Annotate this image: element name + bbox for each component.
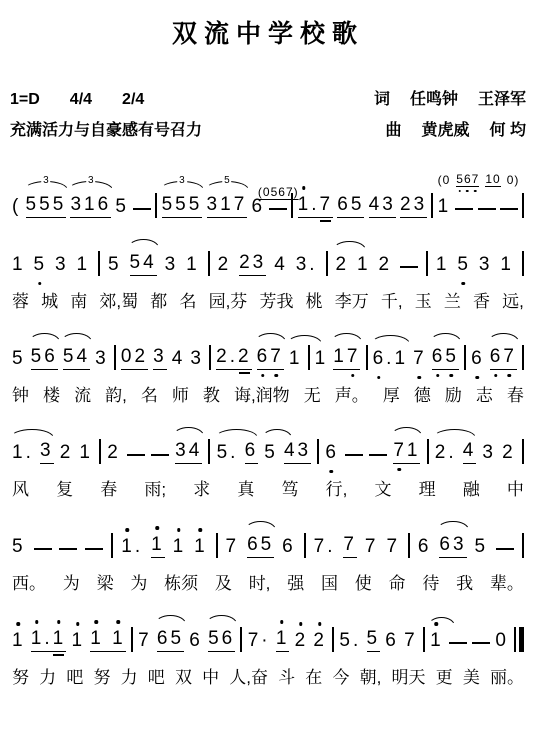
note-digits: 5 — [108, 253, 122, 276]
barline-mark — [304, 533, 306, 558]
lyric-syllable: 朝, — [360, 663, 382, 688]
octave-dot-above — [35, 620, 39, 624]
note-char: 1 — [12, 441, 26, 464]
note-char: 6 — [337, 193, 351, 216]
lyric-syllable: 志 — [476, 381, 493, 406]
note-char: 0 — [493, 172, 501, 186]
note: (0 — [438, 173, 451, 187]
note-char: 0 — [443, 173, 451, 187]
lyric-syllable: 笃 — [281, 475, 298, 500]
note-char: 4 — [76, 345, 90, 368]
barline — [291, 193, 293, 218]
note-char: 2 — [295, 629, 309, 652]
note: 1 — [12, 629, 26, 652]
note-char: 7 — [386, 535, 400, 558]
slur-arc — [173, 427, 204, 436]
barline — [326, 251, 328, 276]
duration-dash — [400, 266, 418, 268]
note-char: 3 — [253, 251, 267, 274]
duration-dash — [269, 208, 287, 210]
octave-dot-above — [299, 622, 303, 626]
note-digits: 2.2 — [216, 345, 251, 370]
note: 2 — [107, 441, 121, 464]
slur-arc — [430, 333, 461, 342]
note-digits: 6.1 — [373, 347, 408, 370]
final-barline — [514, 627, 524, 652]
note-char: 5 — [367, 627, 381, 650]
note-digits: 2. — [435, 441, 457, 464]
duration-dash — [455, 208, 473, 210]
note-digits: 7 — [138, 629, 152, 652]
note-char: 1 — [438, 195, 452, 218]
note-char: 3 — [95, 347, 109, 370]
note-digits: 1 — [79, 441, 93, 464]
octave-dot-above — [177, 528, 181, 532]
note-char: 2 — [216, 345, 230, 368]
note: ( — [12, 195, 21, 218]
song-title: 双流中学校歌 — [10, 0, 526, 50]
note-char: 3 — [165, 253, 179, 276]
dash-note — [449, 642, 467, 652]
lyric-syllable: 韵, — [105, 381, 127, 406]
barline-mark — [522, 345, 524, 370]
lyric-syllable: 都 — [150, 287, 167, 312]
note-char: 6 — [189, 629, 203, 652]
note-char: . — [309, 253, 317, 276]
note-digits: 5 — [457, 253, 471, 276]
note-digits: 3 — [55, 253, 69, 276]
lyric-syllable: 为 — [130, 569, 147, 594]
slur-arc — [371, 335, 410, 344]
octave-dot-below — [462, 282, 466, 286]
note: 23 — [400, 193, 427, 218]
note: 2 — [218, 253, 232, 276]
note: 54 — [130, 251, 157, 276]
note-char: 1 — [194, 535, 208, 558]
note-char: 5 — [261, 533, 275, 556]
note: 3 — [153, 345, 167, 370]
lyric-syllable: 园,芬 — [209, 287, 248, 312]
slur-arc — [245, 521, 276, 530]
note-char: 1 — [112, 627, 126, 650]
lyric-syllable: 教 — [203, 381, 220, 406]
note-digits: 3 — [165, 253, 179, 276]
note: 7 — [343, 533, 357, 558]
barline-mark — [131, 627, 133, 652]
note-char: 4 — [284, 439, 298, 462]
lyric-syllable: 兰 — [444, 287, 461, 312]
slur-arc — [488, 333, 519, 342]
note: 1 — [500, 253, 514, 276]
note: 65 — [337, 193, 364, 218]
octave-dot-below — [398, 468, 402, 472]
tuplet-number: 3 — [86, 176, 96, 186]
lyric-syllable: 蓉 — [12, 287, 29, 312]
note: 1 — [173, 535, 187, 558]
barline-mark — [408, 533, 410, 558]
note-char: . — [135, 535, 143, 558]
note-digits: 3163 — [70, 193, 111, 218]
note: 65 — [247, 533, 274, 558]
note-digits: 3. — [296, 253, 318, 276]
lyric-line: 努力吧努力吧双中人,奋斗在今朝,明天更美丽。 — [10, 663, 526, 688]
note: 7 — [413, 347, 427, 370]
lyric-line: 蓉城南郊,蜀都名园,芬芳我桃李万千,玉兰香远, — [10, 287, 526, 312]
barline — [308, 345, 310, 370]
lyric-syllable: 行, — [326, 475, 348, 500]
octave-dot-above — [116, 620, 120, 624]
note: 1 — [12, 253, 26, 276]
annotation: (0567100) — [438, 172, 520, 187]
lyric-syllable: 远, — [502, 287, 524, 312]
note-char: 5 — [108, 253, 122, 276]
note-digits: 10 — [485, 172, 500, 187]
note-char: 6 — [157, 627, 171, 650]
note-char: 1 — [289, 347, 303, 370]
note-char: 6 — [278, 185, 286, 199]
note-digits: 3 — [40, 439, 54, 464]
note-char: . — [448, 441, 456, 464]
note-char: 1 — [430, 629, 444, 652]
note-char: 2 — [400, 193, 414, 216]
duration-dash — [127, 454, 145, 456]
note-char: 1 — [436, 253, 450, 276]
note-digits: 2 — [502, 441, 516, 464]
note-char: · — [261, 629, 270, 652]
note-char: 6 — [471, 347, 485, 370]
note-digits: 7 — [413, 347, 427, 370]
lyric-syllable: 真 — [237, 475, 254, 500]
note-char: 6 — [432, 345, 446, 368]
note: 7 — [386, 535, 400, 558]
note: 17 — [333, 345, 360, 370]
slur-arc — [262, 429, 292, 438]
note-digits: 3 — [482, 441, 496, 464]
dash-note — [59, 548, 77, 558]
note: 567 — [456, 172, 479, 187]
note-digits: 6 — [282, 535, 296, 558]
note-char: 5 — [171, 627, 185, 650]
slur-arc — [10, 429, 54, 438]
duration-dash — [496, 548, 514, 550]
note-char: 5 — [12, 347, 26, 370]
note-char: 1 — [485, 172, 493, 186]
note-char: 7 — [138, 629, 152, 652]
note-char: 1 — [333, 345, 347, 368]
octave-dot-below — [450, 374, 454, 378]
note-char: 2 — [378, 253, 392, 276]
note-char: 5 — [475, 535, 489, 558]
barline — [209, 345, 211, 370]
note-char: . — [230, 441, 238, 464]
note: 1 — [79, 441, 93, 464]
note-char: 1 — [357, 253, 371, 276]
lyric-syllable: 郊,蜀 — [99, 287, 138, 312]
barline-mark — [431, 193, 433, 218]
note-char: 2 — [218, 253, 232, 276]
barline — [426, 251, 428, 276]
note-char: 5 — [208, 627, 222, 650]
note-char: 5 — [271, 185, 279, 199]
lyricist-name: 任鸣钟 — [410, 86, 458, 109]
lyric-syllable: 吧 — [66, 663, 83, 688]
note: 3 — [479, 253, 493, 276]
note-digits: 0) — [507, 173, 520, 187]
lyric-syllable: 在 — [305, 663, 322, 688]
note-digits: 6 — [245, 439, 259, 464]
note: 5 — [115, 195, 129, 218]
music-line-group: (555331635555331756(0567)1.76543231(0567… — [10, 184, 526, 218]
note-digits: 1.7 — [298, 193, 333, 218]
note: 5 — [457, 253, 471, 276]
note-digits: 67 — [257, 345, 284, 370]
barline-mark — [326, 251, 328, 276]
note-char: 2 — [107, 441, 121, 464]
lyric-syllable: 中 — [507, 475, 524, 500]
note-char: . — [386, 347, 394, 370]
note-char: 5 — [351, 193, 365, 216]
note-digits: 1 — [500, 253, 514, 276]
note: 6 — [471, 347, 485, 370]
note-char: 7 — [314, 535, 328, 558]
slur-arc — [287, 335, 322, 344]
note: 2.2 — [216, 345, 251, 370]
lyric-syllable: 声。 — [335, 381, 369, 406]
duration-dash — [478, 208, 496, 210]
sheet-music-page: 双流中学校歌 1=D 4/4 2/4 词 任鸣钟 王泽军 充满活力与自豪感有号召… — [0, 0, 536, 688]
duration-dash — [59, 548, 77, 550]
note-char: 7 — [226, 535, 240, 558]
note-digits: 2 — [313, 629, 327, 652]
lyricist-label: 词 — [374, 86, 390, 109]
note-char: 7 — [320, 193, 334, 216]
barline-mark — [216, 533, 218, 558]
note: 02 — [121, 345, 148, 370]
time-signature-1: 4/4 — [70, 91, 92, 109]
note-digits: 2 — [107, 441, 121, 464]
octave-dot-above — [280, 620, 284, 624]
mood-text: 充满活力与自豪感有号召力 — [10, 117, 202, 140]
note-char: 0 — [263, 185, 271, 199]
note-digits: 2 — [218, 253, 232, 276]
note-char: 3 — [40, 439, 54, 462]
note-char: 5 — [39, 193, 53, 216]
octave-dot-below — [466, 190, 469, 193]
note-char: 5 — [189, 193, 203, 216]
lyric-syllable: 融 — [463, 475, 480, 500]
note-char: 1 — [151, 533, 165, 556]
note-char: 5 — [175, 193, 189, 216]
slur-arc — [437, 521, 468, 530]
note-digits: 0 — [495, 629, 509, 652]
slur-arc — [428, 617, 455, 626]
note-char: 1 — [298, 193, 312, 216]
note: 2 — [335, 253, 349, 276]
barline — [464, 345, 466, 370]
note: 1.1 — [31, 627, 66, 652]
note-char: 0 — [495, 629, 509, 652]
note-digits: 1 — [357, 253, 371, 276]
note-char: 4 — [369, 193, 383, 216]
note-char: 7 — [248, 629, 262, 652]
barline-mark — [114, 345, 116, 370]
lyric-syllable: 栋须 — [164, 569, 198, 594]
note: 3 — [165, 253, 179, 276]
note-digits: 7 — [226, 535, 240, 558]
note: 1 — [357, 253, 371, 276]
note-char: 4 — [143, 251, 157, 274]
note: 5 — [367, 627, 381, 652]
note-digits: 3 — [153, 345, 167, 370]
dash-note — [400, 266, 418, 276]
dash-note — [345, 454, 363, 464]
double-underline — [320, 220, 331, 222]
score: (555331635555331756(0567)1.76543231(0567… — [10, 184, 526, 688]
note: 67 — [490, 345, 517, 370]
note-char: 5 — [31, 345, 45, 368]
lyric-syllable: 美 — [463, 663, 480, 688]
note-char: 7 — [404, 629, 418, 652]
note-digits: 54 — [130, 251, 157, 276]
note-digits: 6 — [325, 441, 339, 464]
lyric-syllable: 为 — [63, 569, 80, 594]
octave-dot-below — [261, 374, 265, 378]
note: 63 — [439, 533, 466, 558]
note: 3 — [95, 347, 109, 370]
octave-dot-above — [155, 526, 159, 530]
note-digits: 4 — [463, 439, 477, 464]
octave-dot-above — [318, 622, 322, 626]
note-char: 5 — [115, 195, 129, 218]
lyric-syllable: 流 — [74, 381, 91, 406]
note-digits: 17 — [333, 345, 360, 370]
slur-arc — [215, 429, 259, 438]
slur-arc — [61, 333, 92, 342]
composer-name: 黄虎威 — [422, 117, 470, 140]
duration-dash — [472, 642, 490, 644]
note-digits: 5 — [367, 627, 381, 652]
dash-note — [500, 208, 518, 218]
dash-note — [85, 548, 103, 558]
barline-mark — [240, 627, 242, 652]
note: 5553 — [26, 193, 67, 218]
note: 1 — [186, 253, 200, 276]
note-digits: 1 — [315, 347, 329, 370]
note-char: 6 — [247, 533, 261, 556]
note-digits: 1. — [121, 535, 143, 558]
note-char: 6 — [464, 172, 472, 186]
lyric-syllable: 更 — [436, 663, 453, 688]
note: 6 — [245, 439, 259, 464]
note-char: 3 — [207, 193, 221, 216]
note-char: 4 — [189, 439, 203, 462]
note: 6 — [282, 535, 296, 558]
octave-dot-below — [38, 282, 42, 286]
note-char: 2 — [239, 251, 253, 274]
note-char: 5 — [456, 172, 464, 186]
note-digits: 2 — [60, 441, 74, 464]
note-char: 0 — [121, 345, 135, 368]
lyric-syllable: 诲,润物 — [234, 381, 290, 406]
note-char: 1 — [79, 441, 93, 464]
barline — [111, 533, 113, 558]
octave-dot-below — [377, 376, 381, 380]
note-digits: 6 — [471, 347, 485, 370]
lyric-syllable: 时, — [249, 569, 271, 594]
dash-note — [369, 454, 387, 464]
note-digits: 3 — [190, 347, 204, 370]
note-char: 7 — [393, 439, 407, 462]
barline-mark — [522, 439, 524, 464]
barline-mark — [426, 251, 428, 276]
note-char: 2 — [60, 441, 74, 464]
slur-arc — [331, 333, 362, 342]
lyric-syllable: 风 — [12, 475, 29, 500]
barline-mark — [209, 345, 211, 370]
note-char: 5 — [53, 193, 67, 216]
dash-note — [34, 548, 52, 558]
note-char: 3 — [175, 439, 189, 462]
barline — [522, 193, 524, 218]
note-char: 5 — [457, 253, 471, 276]
lyric-syllable: 使 — [355, 569, 372, 594]
note-digits: 1 — [194, 535, 208, 558]
note-digits: 1 — [430, 629, 444, 652]
lyric-syllable: 命 — [389, 569, 406, 594]
note-digits: 1 — [77, 253, 91, 276]
note: 3 — [482, 441, 496, 464]
note-digits: 1 — [71, 629, 85, 652]
note-digits: 56 — [31, 345, 58, 370]
note-char: 3 — [70, 193, 84, 216]
barline — [423, 627, 425, 652]
note-char: 6 — [490, 345, 504, 368]
note-char: 6 — [282, 535, 296, 558]
note: 56 — [208, 627, 235, 652]
barline — [408, 533, 410, 558]
note-char: 7 — [234, 193, 248, 216]
octave-dot-above — [57, 620, 61, 624]
note-digits: 65 — [247, 533, 274, 558]
octave-dot-below — [417, 376, 421, 380]
note-char: 5 — [264, 441, 278, 464]
lyric-syllable: 双 — [175, 663, 192, 688]
note-digits: 4 — [274, 253, 288, 276]
note: 3175 — [207, 193, 248, 218]
note-digits: 5 — [12, 347, 26, 370]
lyric-syllable: 及 — [215, 569, 232, 594]
note-char: 3 — [190, 347, 204, 370]
note-char: 3 — [453, 533, 467, 556]
note-char: 7 — [413, 347, 427, 370]
music-line: 15315543122343.2121531 — [10, 242, 526, 276]
barline — [522, 251, 524, 276]
note-char: 1 — [173, 535, 187, 558]
note-char: 2 — [435, 441, 449, 464]
note: 2. — [435, 441, 457, 464]
lyric-syllable: 钟 — [12, 381, 29, 406]
tuplet-number: 5 — [222, 176, 232, 186]
note-digits: 2 — [335, 253, 349, 276]
octave-dot-below — [275, 374, 279, 378]
music-line: 556543023432.26711176.1765667 — [10, 336, 526, 370]
note-digits: 65 — [432, 345, 459, 370]
note-char: 3 — [153, 345, 167, 368]
note: 7· — [248, 629, 271, 652]
barline — [98, 251, 100, 276]
note: 67 — [257, 345, 284, 370]
note-digits: 34 — [175, 439, 202, 464]
